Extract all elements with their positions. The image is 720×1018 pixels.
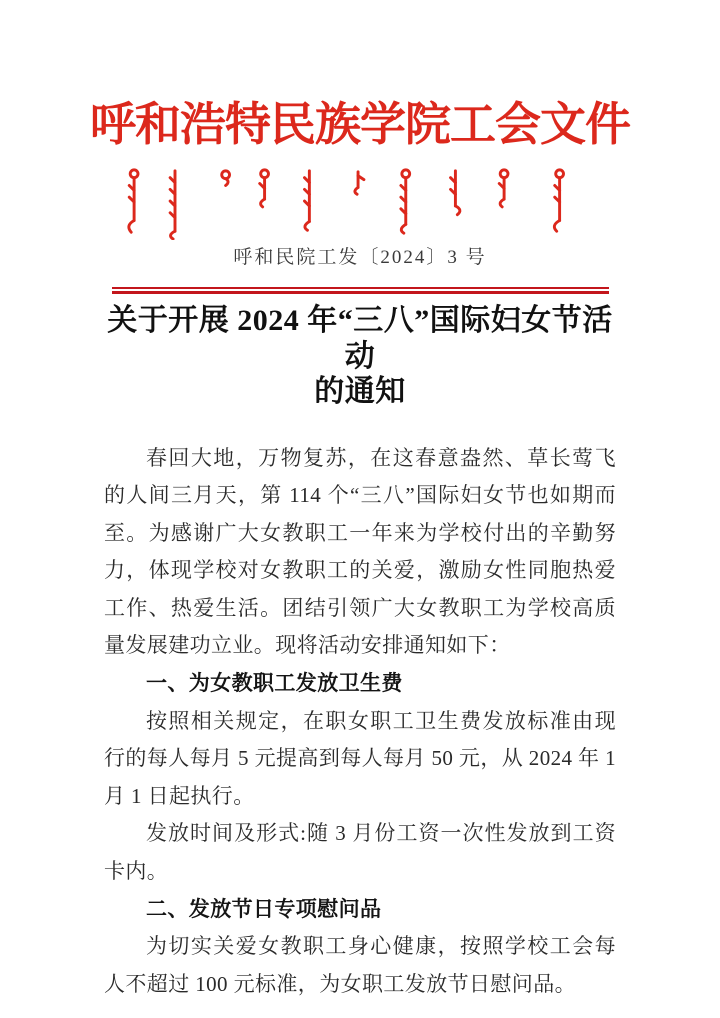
paragraph-sanitary-fee: 按照相关规定，在职女职工卫生费发放标准由现行的每人每月 5 元提高到每人每月 5… — [104, 703, 616, 816]
mongolian-word-2 — [170, 171, 175, 239]
section-heading-1: 一、为女教职工发放卫生费 — [104, 665, 616, 703]
mongolian-word-1 — [129, 170, 138, 232]
document-title-line2: 的通知 — [100, 374, 620, 410]
document-title: 关于开展 2024 年“三八”国际妇女节活动 的通知 — [100, 303, 620, 410]
mongolian-word-4 — [260, 170, 269, 207]
document-page: 呼和浩特民族学院工会文件 — [0, 0, 720, 1018]
mongolian-word-5 — [305, 171, 310, 230]
mongolian-word-7 — [401, 170, 410, 233]
document-title-line1: 关于开展 2024 年“三八”国际妇女节活动 — [100, 303, 620, 374]
paragraph-payment-time: 发放时间及形式:随 3 月份工资一次性发放到工资卡内。 — [104, 815, 616, 890]
red-divider-line — [112, 287, 609, 294]
mongolian-word-9 — [499, 170, 508, 207]
letterhead-title: 呼和浩特民族学院工会文件 — [80, 96, 640, 154]
document-number: 呼和民院工发〔2024〕3 号 — [0, 246, 720, 270]
mongolian-word-3 — [222, 171, 230, 186]
document-body: 春回大地，万物复苏，在这春意盎然、草长莺飞的人间三月天，第 114 个“三八”国… — [104, 440, 616, 1004]
paragraph-gift-standard: 为切实关爱女教职工身心健康，按照学校工会每人不超过 100 元标准，为女职工发放… — [104, 928, 616, 1003]
mongolian-word-6 — [355, 172, 364, 194]
paragraph-intro: 春回大地，万物复苏，在这春意盎然、草长莺飞的人间三月天，第 114 个“三八”国… — [104, 440, 616, 666]
mongolian-word-10 — [554, 170, 563, 231]
mongolian-script-icon — [90, 166, 630, 240]
mongolian-word-8 — [451, 171, 460, 215]
section-heading-2: 二、发放节日专项慰问品 — [104, 891, 616, 929]
